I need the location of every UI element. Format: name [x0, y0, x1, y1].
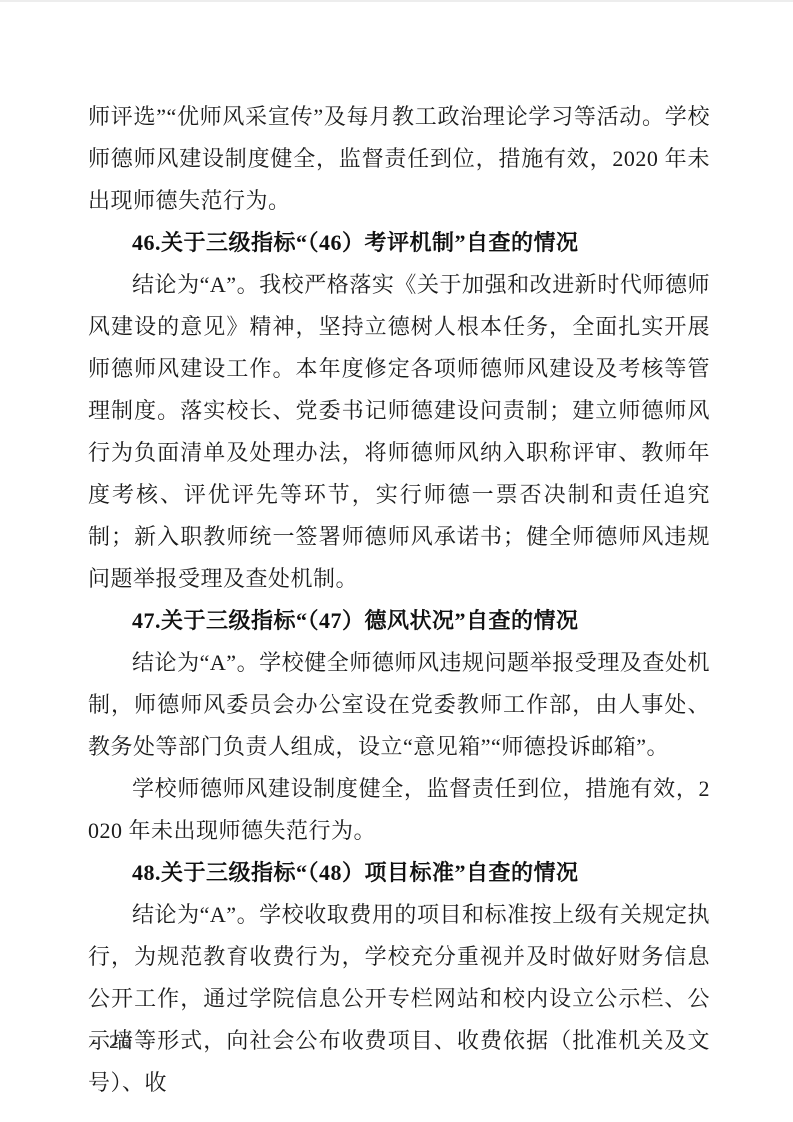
section-heading-47: 47.关于三级指标“（47）德风状况”自查的情况: [88, 600, 710, 642]
paragraph-section-46-body: 结论为“A”。我校严格落实《关于加强和改进新时代师德师风建设的意见》精神，坚持立…: [88, 264, 710, 600]
document-page: 师评选”“优师风采宣传”及每月教工政治理论学习等活动。学校师德师风建设制度健全，…: [0, 0, 793, 1122]
paragraph-section-47-conclusion: 学校师德师风建设制度健全，监督责任到位，措施有效，2020 年未出现师德失范行为…: [88, 768, 710, 852]
paragraph-section-47-body: 结论为“A”。学校健全师德师风违规问题举报受理及查处机制，师德师风委员会办公室设…: [88, 642, 710, 768]
section-heading-48: 48.关于三级指标“（48）项目标准”自查的情况: [88, 852, 710, 894]
paragraph-section-48-body: 结论为“A”。学校收取费用的项目和标准按上级有关规定执行，为规范教育收费行为，学…: [88, 894, 710, 1104]
section-heading-46: 46.关于三级指标“（46）考评机制”自查的情况: [88, 222, 710, 264]
paragraph-continued-from-previous-page: 师评选”“优师风采宣传”及每月教工政治理论学习等活动。学校师德师风建设制度健全，…: [88, 96, 710, 222]
page-number: - 20 -: [92, 1032, 151, 1054]
